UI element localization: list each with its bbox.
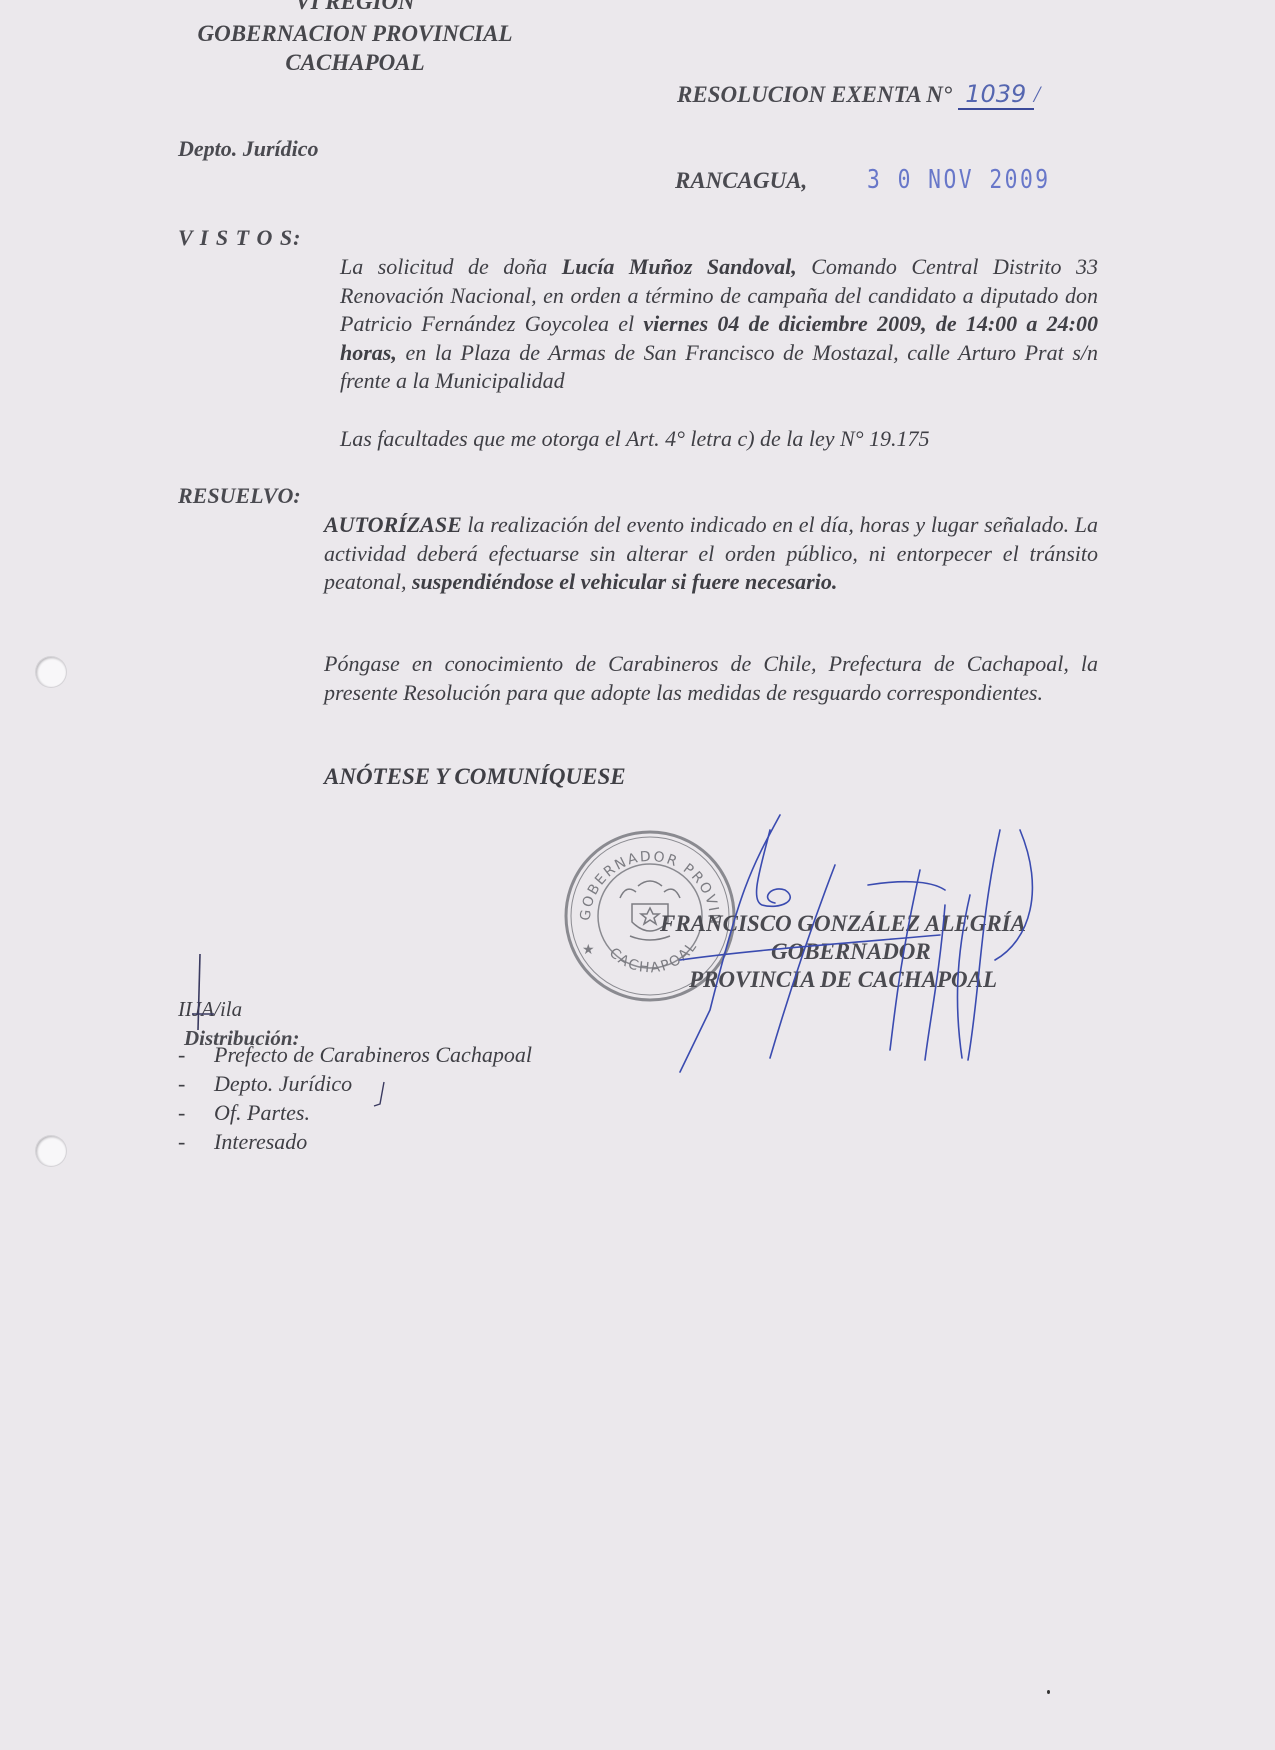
initial-mark bbox=[188, 952, 218, 1032]
distribution-item: Interesado bbox=[214, 1127, 532, 1156]
closing-formula: ANÓTESE Y COMUNÍQUESE bbox=[324, 764, 626, 790]
text: La solicitud de doña bbox=[340, 254, 562, 279]
paper-speck bbox=[1047, 1690, 1050, 1694]
resolution-number: 1039 bbox=[958, 80, 1034, 110]
distribution-list: Prefecto de Carabineros Cachapoal Depto.… bbox=[178, 1040, 532, 1156]
resolution-label: RESOLUCION EXENTA N° bbox=[677, 82, 952, 107]
vistos-paragraph-1: La solicitud de doña Lucía Muñoz Sandova… bbox=[340, 253, 1098, 396]
authorization-keyword: AUTORÍZASE bbox=[324, 512, 462, 537]
resuelvo-label: RESUELVO: bbox=[178, 483, 301, 509]
header-province: CACHAPOAL bbox=[160, 49, 550, 77]
date-stamp: 3 0 NOV 2009 bbox=[867, 165, 1051, 195]
vistos-label: V I S T O S: bbox=[178, 225, 301, 251]
city-label: RANCAGUA, bbox=[675, 168, 807, 194]
handwritten-signature bbox=[600, 810, 1080, 1080]
header-region: VI REGION bbox=[160, 0, 550, 16]
vistos-paragraph-2: Las facultades que me otorga el Art. 4° … bbox=[340, 426, 930, 452]
resuelvo-paragraph-2: Póngase en conocimiento de Carabineros d… bbox=[324, 650, 1098, 707]
text: en la Plaza de Armas de San Francisco de… bbox=[340, 340, 1098, 394]
resolution-heading: RESOLUCION EXENTA N° 1039/ bbox=[677, 80, 1040, 110]
applicant-name: Lucía Muñoz Sandoval, bbox=[562, 254, 797, 279]
header-office: GOBERNACION PROVINCIAL bbox=[160, 20, 550, 48]
department-label: Depto. Jurídico bbox=[178, 136, 319, 162]
punch-hole-top bbox=[36, 657, 66, 687]
vehicle-suspension-note: suspendiéndose el vehicular si fuere nec… bbox=[412, 569, 837, 594]
checkmark-icon bbox=[370, 1080, 390, 1110]
distribution-item: Prefecto de Carabineros Cachapoal bbox=[214, 1040, 532, 1069]
resuelvo-paragraph-1: AUTORÍZASE la realización del evento ind… bbox=[324, 511, 1098, 597]
svg-text:★: ★ bbox=[582, 943, 595, 958]
punch-hole-bottom bbox=[36, 1136, 66, 1166]
